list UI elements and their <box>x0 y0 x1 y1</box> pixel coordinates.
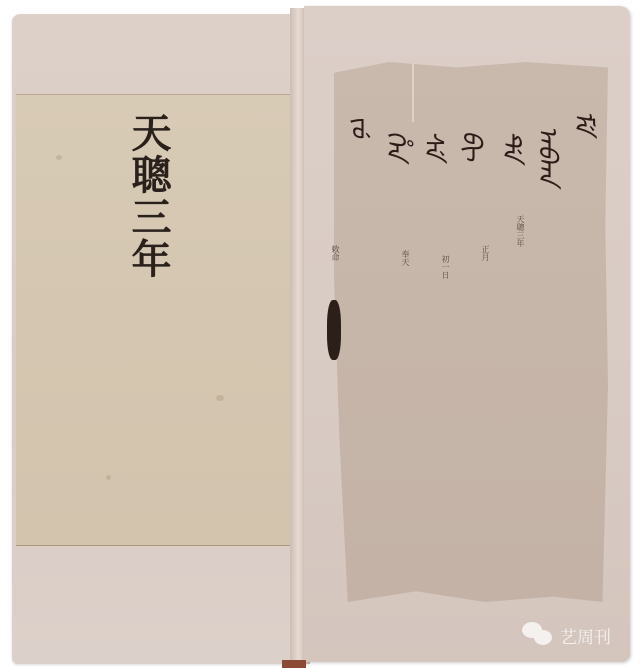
chinese-annotation: 正月 <box>480 245 490 335</box>
manchu-column: ᡥᡝᠨ <box>380 130 410 570</box>
manchu-column: ᠮᡝ <box>568 110 598 530</box>
chinese-annotation: 敕命 <box>330 245 340 335</box>
open-book: 天聰三年 ᠮᡝ ᠠᠪᡴᠠ ᡩᡝ ᠪᡳ ᠰᡝ ᡥᡝᠨ ᠵᡠ 天聰三年 正月 初一日… <box>0 0 640 668</box>
book-bottom-edge <box>282 660 306 668</box>
watermark-text: 艺周刊 <box>560 623 611 648</box>
manchu-column: ᠠᠪᡴᠠ <box>532 125 562 585</box>
chinese-annotation: 奉天 <box>400 250 410 340</box>
manchu-column: ᠵᡠ <box>345 115 375 595</box>
wechat-icon <box>522 622 554 648</box>
book-title: 天聰三年 <box>125 112 171 280</box>
manuscript-tear <box>412 62 414 122</box>
chinese-annotation: 初一日 <box>440 255 450 345</box>
manchu-column: ᠰᡝ <box>418 130 448 590</box>
manchu-column: ᡩᡝ <box>496 130 526 580</box>
manchu-column: ᠪᡳ <box>456 130 486 590</box>
watermark: 艺周刊 <box>522 622 611 648</box>
chinese-annotation: 天聰三年 <box>515 215 525 305</box>
